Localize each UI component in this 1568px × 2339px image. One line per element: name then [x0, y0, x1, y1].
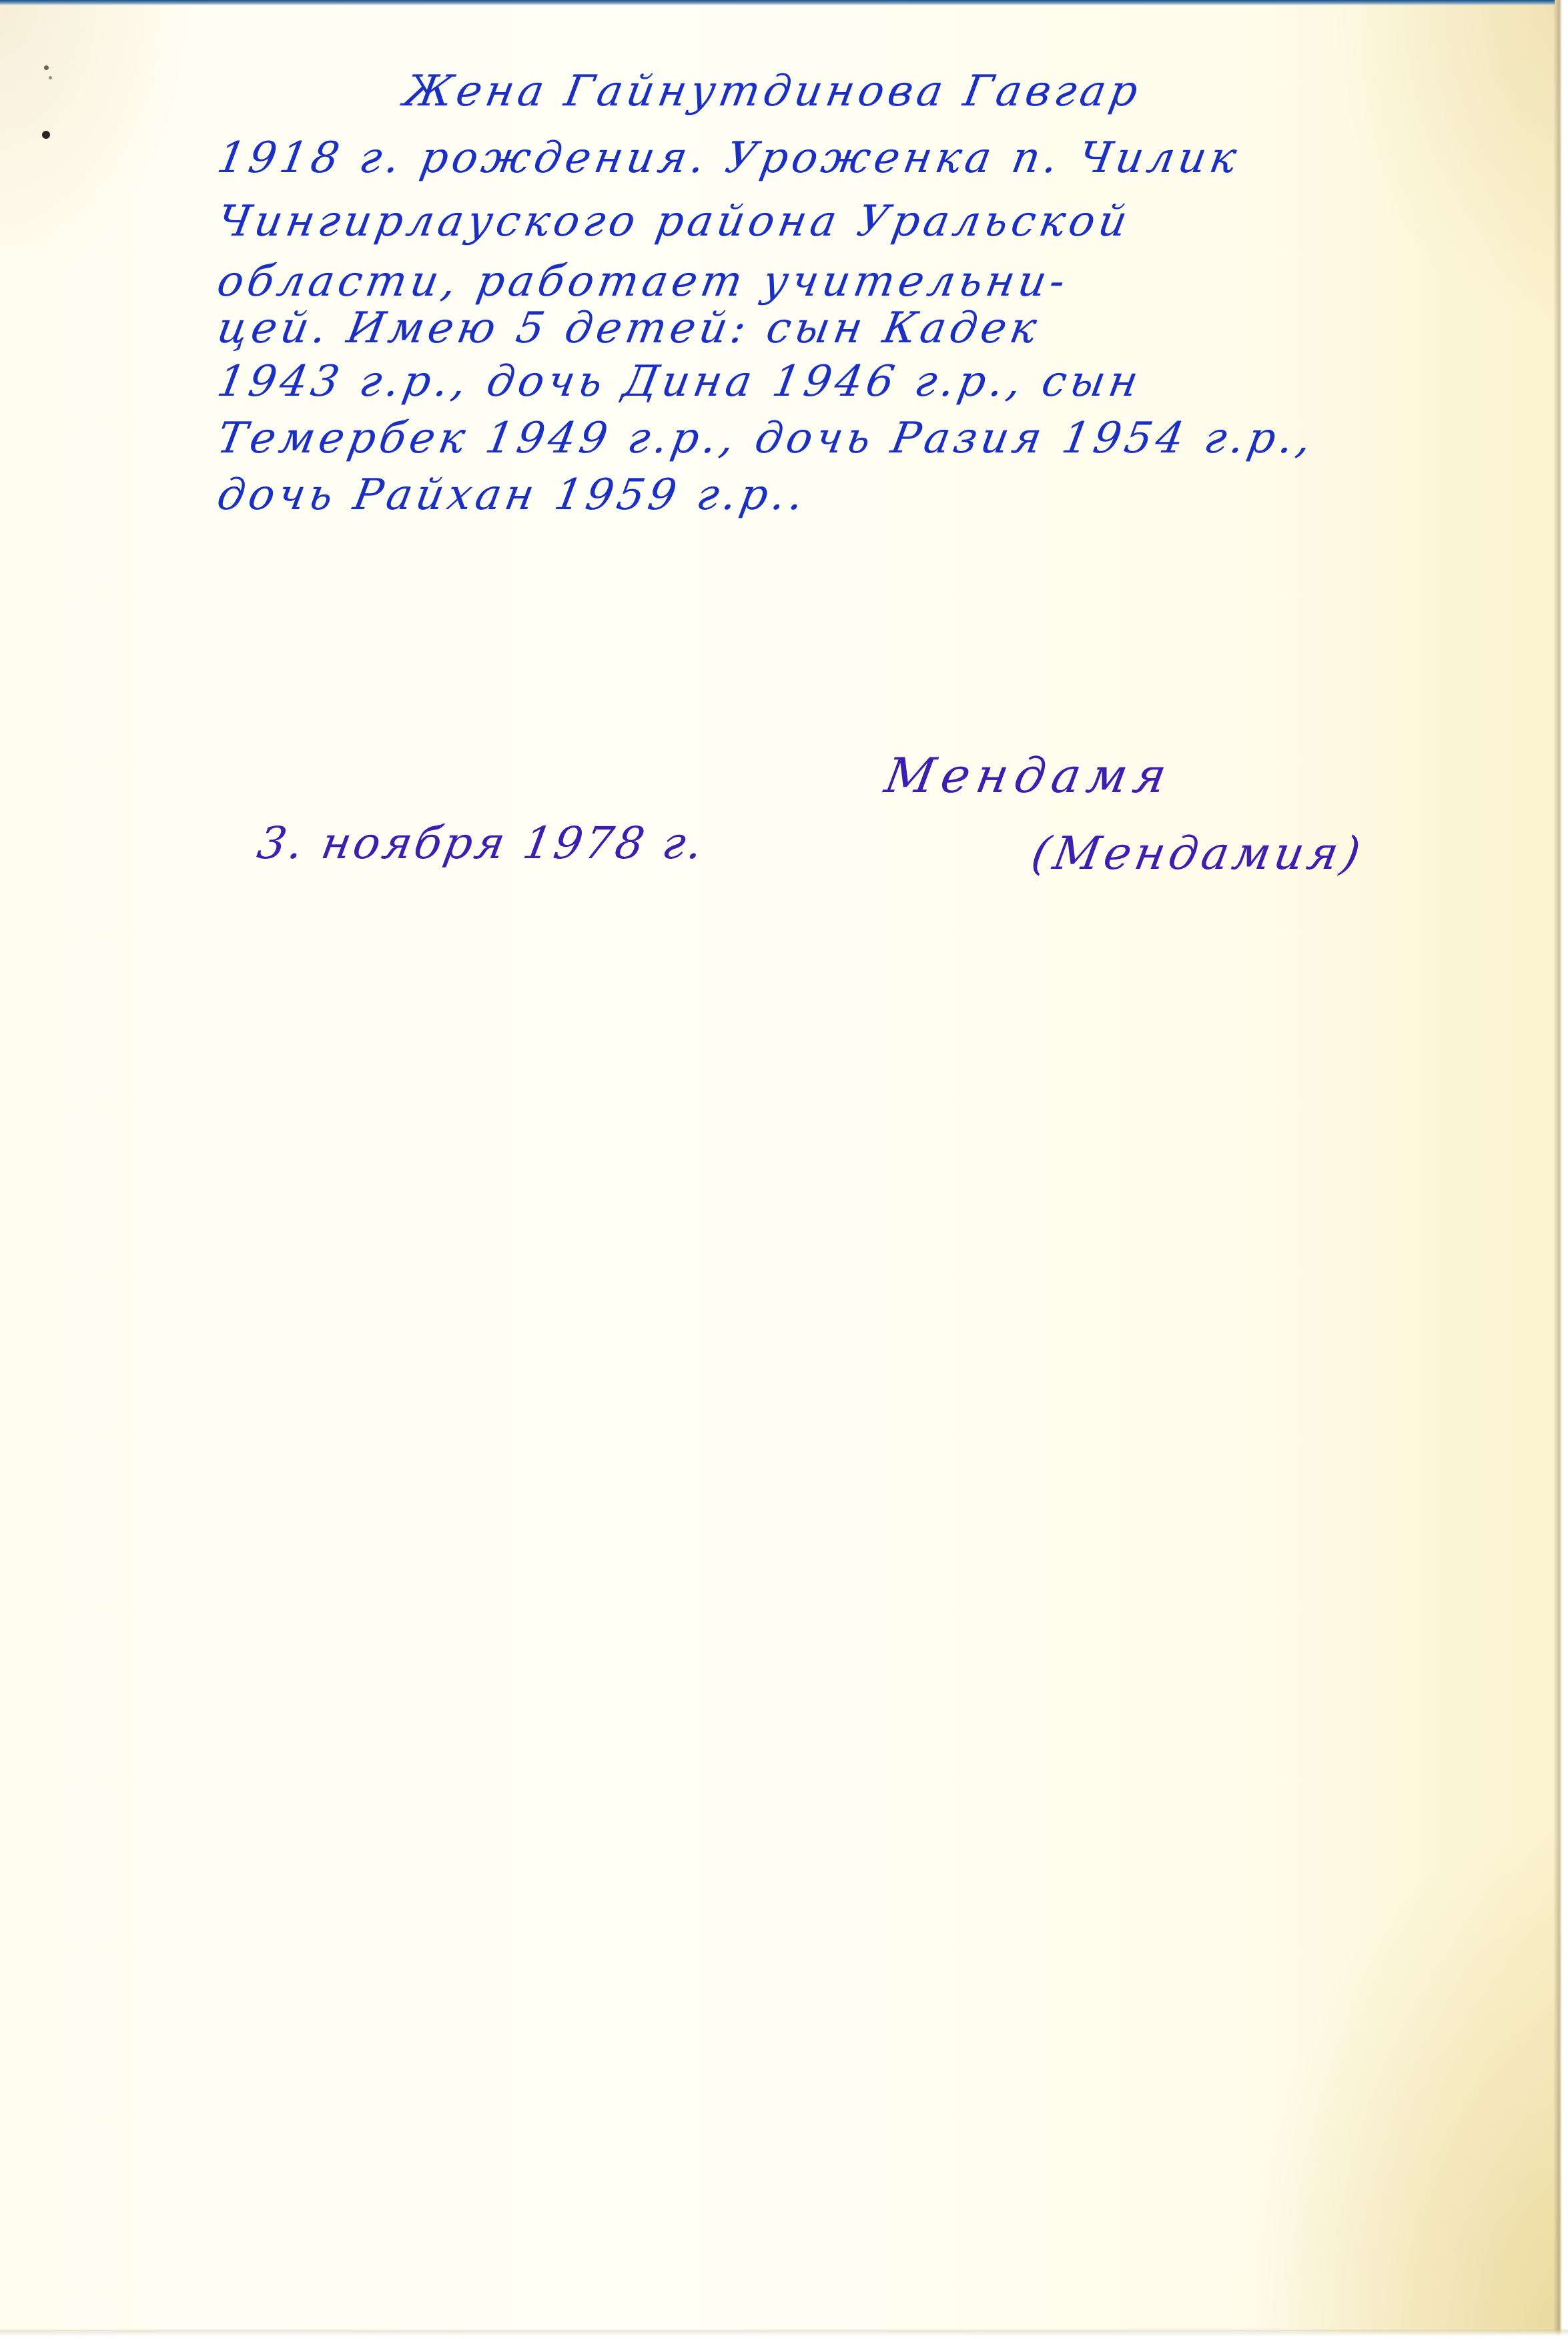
body-line-5: цей. Имею 5 детей: сын Кадек: [214, 304, 1044, 353]
margin-speck: [49, 76, 52, 79]
body-line-8: дочь Райхан 1959 г.р..: [214, 470, 811, 520]
body-line-7: Темербек 1949 г.р., дочь Разия 1954 г.р.…: [214, 414, 1319, 463]
scan-bottom-edge: [0, 2330, 1568, 2339]
scan-right-edge: [1553, 0, 1568, 2339]
body-line-3: Чингирлауского района Уральской: [214, 197, 1135, 246]
letter-date: 3. ноября 1978 г.: [254, 817, 709, 869]
margin-dot: [42, 131, 50, 139]
signature-printed-name: (Мендамия): [1028, 827, 1368, 880]
body-line-2: 1918 г. рождения. Уроженка п. Чилик: [214, 133, 1244, 183]
body-line-6: 1943 г.р., дочь Дина 1946 г.р., сын: [214, 357, 1146, 406]
scan-top-edge: [0, 0, 1555, 5]
body-line-4: области, работает учительни-: [214, 257, 1073, 306]
margin-speck: [44, 65, 49, 70]
signature-scribble: Мендамя: [881, 747, 1177, 803]
body-line-1: Жена Гайнутдинова Гавгар: [400, 67, 1146, 116]
